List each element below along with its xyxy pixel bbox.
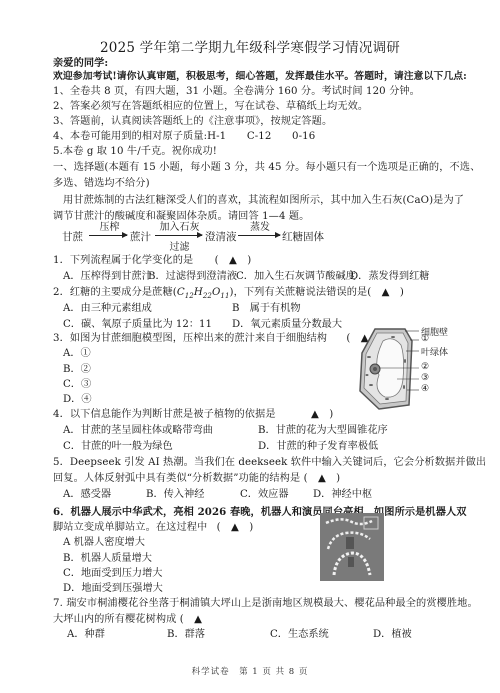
option-a: A．压榨得到甘蔗汁 <box>63 270 152 284</box>
arrow-icon <box>238 235 280 236</box>
answer-blank: ▲ ) <box>371 287 404 298</box>
section-heading: 一、选择题(本题有 15 小题，每小题 3 分，共 45 分。每小题只有一个选项… <box>53 161 480 175</box>
question-5-cont: 回复。人体反射弧中具有类似“分析数据”功能的结构是 ( ▲ ) <box>53 472 340 486</box>
arrow-icon <box>155 235 202 236</box>
option-a: A．由三种元素组成 <box>63 302 152 316</box>
flow-arrow-label: 加入石灰 <box>157 218 202 233</box>
question-stem: 3．如图为甘蔗细胞模型图，压榨出来的蔗汁来自于细胞结构 <box>53 333 327 344</box>
question-stem: 1．下列流程属于化学变化的是 <box>53 255 193 266</box>
flow-arrow-label: 过滤 <box>157 238 202 253</box>
robot-kungfu-image <box>320 513 384 581</box>
greeting: 亲爱的同学: <box>53 56 108 70</box>
option-a: A．甘蔗的茎呈圆柱体或略带弯曲 <box>63 424 213 438</box>
answer-blank: ▲ ) <box>311 409 333 420</box>
answer-blank: ( ▲ <box>180 614 202 625</box>
note-4: 4、本卷可能用到的相对原子质量:H-1 C-12 0-16 <box>53 130 315 144</box>
answer-blank: ( ▲ ) <box>217 522 254 533</box>
option-b: B．② <box>63 363 91 377</box>
question-1: 1．下列流程属于化学变化的是 ( ▲ ) <box>53 254 251 268</box>
option-b: B．过滤得到澄清液 <box>148 270 237 284</box>
option-a: A 机器人密度增大 <box>63 536 145 550</box>
passage: 用甘蔗炼制的古法红糖深受人们的喜欢，其流程如图所示，其中加入生石灰(CaO)是为… <box>63 194 464 208</box>
answer-blank: ( ▲ ) <box>215 255 252 266</box>
option-b: B．群落 <box>167 628 205 642</box>
option-c: C．加入生石灰调节酸碱度 <box>236 270 356 284</box>
option-b: B 属于有机物 <box>232 302 301 316</box>
option-b: B．甘蔗的花为大型圆锥花序 <box>258 424 388 438</box>
option-a: A．① <box>63 347 91 361</box>
exam-page: 2025 学年第二学期九年级科学寒假学习情况调研 亲爱的同学: 欢迎参加考试!请… <box>0 0 500 693</box>
option-d: D．蒸发得到红糖 <box>350 270 429 284</box>
answer-blank: ( ▲ ) <box>304 473 341 484</box>
question-stem: 回复。人体反射弧中具有类似“分析数据”功能的结构是 <box>53 473 300 484</box>
question-2: 2．红糖的主要成分是蔗糖(C12H22O11)，下列有关蔗糖说法错误的是( ▲ … <box>53 286 404 303</box>
arrow-icon <box>89 235 127 236</box>
option-a: A．感受器 <box>63 488 111 502</box>
flow-node: 蔗汁 <box>130 229 151 244</box>
question-stem: 2．红糖的主要成分是蔗糖( <box>53 287 177 298</box>
option-c: C．甘蔗的叶一般为绿色 <box>63 440 173 454</box>
question-7-cont: 大坪山内的所有樱花树构成 ( ▲ <box>53 613 202 627</box>
option-d: D．植被 <box>373 628 412 642</box>
process-flow-diagram: 甘蔗 压榨 蔗汁 加入石灰 过滤 澄清液 蒸发 红糖固体 <box>62 218 302 250</box>
option-d: D．甘蔗的种子发育率极低 <box>258 440 378 454</box>
cell-label: 叶绿体 <box>421 345 448 358</box>
note-5: 5.本卷 g 取 10 牛/千克。祝你成功! <box>53 145 217 159</box>
option-c: C．效应器 <box>240 488 289 502</box>
question-stem-cont: )，下列有关蔗糖说法错误的是( <box>230 287 372 298</box>
option-c: C．碳、氧原子质量比为 12：11 <box>63 318 212 332</box>
option-b: B．传入神经 <box>146 488 204 502</box>
welcome-text: 欢迎参加考试!请你认真审题，积极思考，细心答题，发挥最佳水平。答题时，请注意以下… <box>53 70 467 84</box>
note-3: 3、答题前，认真阅读答题纸上的《注意事项》，按规定答题。 <box>53 115 332 129</box>
cell-label: ③ <box>421 373 429 383</box>
plant-cell-icon <box>357 327 467 412</box>
page-title: 2025 学年第二学期九年级科学寒假学习情况调研 <box>0 36 500 56</box>
note-1: 1、全卷共 8 页，有四大题，31 小题。全卷满分 160 分。考试时间 120… <box>53 85 420 99</box>
option-c: C．地面受到压力增大 <box>63 567 162 581</box>
question-stem: 大坪山内的所有樱花树构成 <box>53 614 176 625</box>
option-d: D．④ <box>63 393 92 407</box>
robot-photo <box>320 513 384 581</box>
option-d: D．氧元素质量分数最大 <box>232 318 342 332</box>
option-d: D．地面受到压强增大 <box>63 582 163 596</box>
question-stem: 脚站立变成单脚站立。在这过程中 <box>53 522 207 533</box>
flow-node: 甘蔗 <box>62 229 83 244</box>
option-a: A．种群 <box>67 628 105 642</box>
flow-arrow-label: 蒸发 <box>240 218 280 233</box>
question-stem: 4．以下信息能作为判断甘蔗是被子植物的依据是 <box>53 409 276 420</box>
question-5: 5．Deepseek 引发 AI 热潮。当我们在 deekseek 软件中输入关… <box>53 456 486 470</box>
option-d: D．神经中枢 <box>313 488 372 502</box>
question-6: 6．机器人展示中华武术，亮相 2026 春晚，机器人和演员同台亮相，如图所示是机… <box>53 505 467 519</box>
note-2: 2、答案必须写在答题纸相应的位置上，写在试卷、草稿纸上均无效。 <box>53 100 368 114</box>
plant-cell-diagram: 细胞壁 ① 叶绿体 ② ③ ④ <box>357 327 467 412</box>
page-footer: 科学试卷 第 1 页 共 8 页 <box>0 665 500 677</box>
cell-label: ④ <box>421 384 429 394</box>
option-c: C．生态系统 <box>270 628 329 642</box>
flow-node: 红糖固体 <box>282 229 324 244</box>
cell-label: ① <box>421 334 429 344</box>
flow-node: 澄清液 <box>205 229 237 244</box>
cell-label: ② <box>421 362 429 372</box>
question-6-cont: 脚站立变成单脚站立。在这过程中 ( ▲ ) <box>53 521 253 535</box>
formula: C12H22O11 <box>177 287 230 298</box>
flow-arrow-label: 压榨 <box>92 218 127 233</box>
question-7: 7. 瑞安市桐浦樱花谷坐落于桐浦镇大坪山上是浙南地区规模最大、樱花品种最全的赏樱… <box>53 597 478 611</box>
option-b: B．机器人质量增大 <box>63 552 152 566</box>
option-c: C．③ <box>63 378 91 392</box>
question-3: 3．如图为甘蔗细胞模型图，压榨出来的蔗汁来自于细胞结构 ( ▲ )． <box>53 332 393 346</box>
section-heading-cont: 多选、错选均不给分) <box>53 177 150 191</box>
question-4: 4．以下信息能作为判断甘蔗是被子植物的依据是 ▲ ) <box>53 408 333 422</box>
